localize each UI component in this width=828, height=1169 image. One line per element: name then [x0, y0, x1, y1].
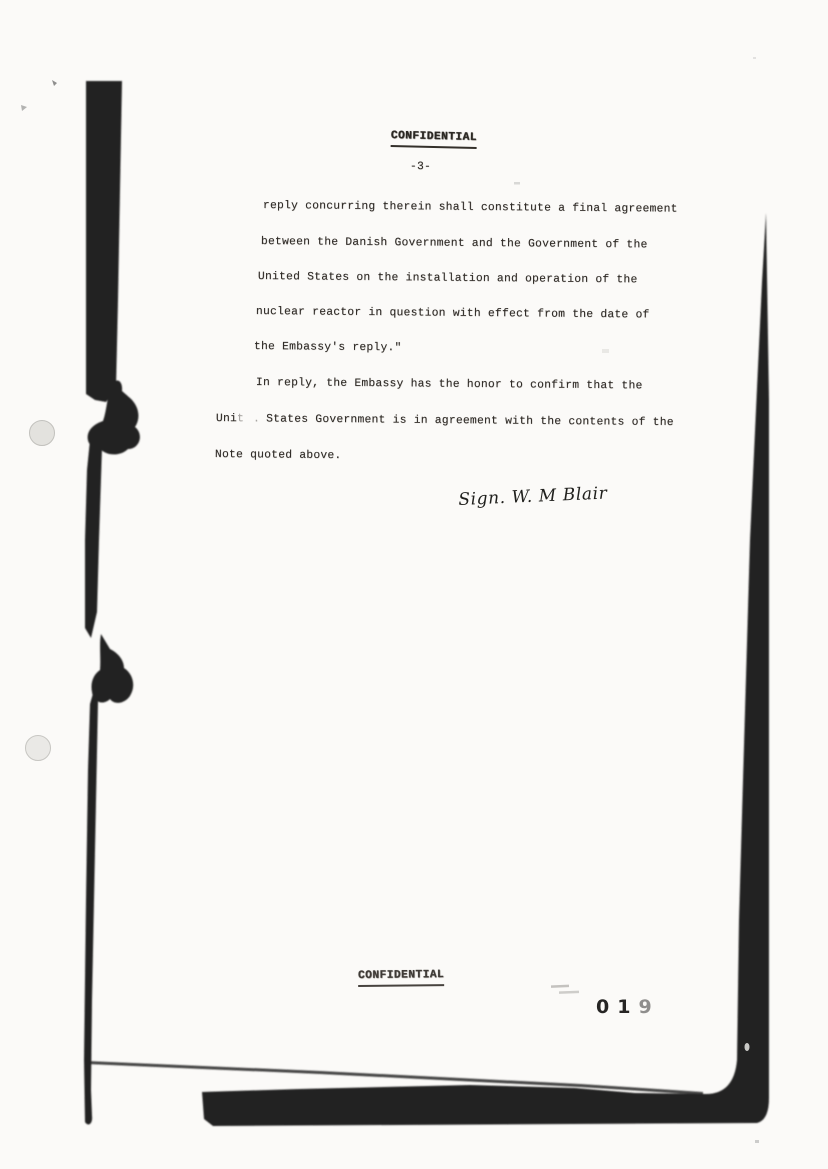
speck-artifact	[753, 57, 756, 59]
stamp-smudge-artifact	[559, 991, 579, 994]
left-band-middle-artifact	[85, 440, 102, 638]
left-band-top-artifact	[86, 81, 122, 402]
classification-footer: CONFIDENTIAL	[358, 969, 444, 987]
left-band-bottom-artifact	[84, 690, 98, 1124]
folio-digit-faint: 9	[638, 996, 659, 1018]
scan-artifacts	[0, 0, 828, 1169]
speck-artifact	[755, 1140, 759, 1143]
scanned-document-page: CONFIDENTIAL -3- reply concurring therei…	[0, 0, 828, 1169]
quoted-paragraph-line: between the Danish Government and the Go…	[261, 236, 648, 252]
white-speck-artifact	[745, 1043, 750, 1051]
line-fragment: States Government is in agreement with t…	[266, 413, 674, 429]
left-band-blob2-artifact	[91, 634, 133, 703]
handwritten-signature: Sign. W. M Blair	[458, 483, 608, 509]
faded-character: .	[253, 413, 260, 425]
stamp-smudge-artifact	[551, 985, 569, 988]
left-band-knob2-artifact	[105, 675, 129, 699]
reply-paragraph-line: In reply, the Embassy has the honor to c…	[256, 377, 643, 393]
speck-artifact	[52, 80, 57, 86]
punch-hole-top	[29, 420, 55, 446]
quoted-paragraph-line: nuclear reactor in question with effect …	[256, 306, 650, 322]
quoted-paragraph-line: the Embassy's reply."	[254, 341, 402, 355]
speck-artifact	[602, 349, 609, 353]
reply-paragraph-line: Note quoted above.	[215, 449, 342, 463]
speck-artifact	[21, 105, 27, 111]
crease-line-artifact	[87, 1061, 703, 1095]
classification-header: CONFIDENTIAL	[391, 130, 478, 149]
quoted-paragraph-line: United States on the installation and op…	[258, 271, 638, 287]
folio-digit: 0	[596, 996, 617, 1018]
left-band-knob1-artifact	[114, 424, 134, 444]
folio-number-stamp: 019	[596, 996, 660, 1018]
quoted-paragraph-line: reply concurring therein shall constitut…	[263, 200, 678, 217]
page-number: -3-	[410, 161, 431, 174]
speck-artifact	[514, 182, 520, 185]
line-fragment: Uni	[216, 413, 237, 425]
left-band-blob1-artifact	[88, 380, 140, 454]
reply-paragraph-line-damaged: Unit.States Government is in agreement w…	[216, 413, 674, 430]
punch-hole-bottom	[25, 735, 51, 761]
faded-character: t	[237, 413, 244, 425]
folio-digit: 1	[617, 996, 638, 1018]
